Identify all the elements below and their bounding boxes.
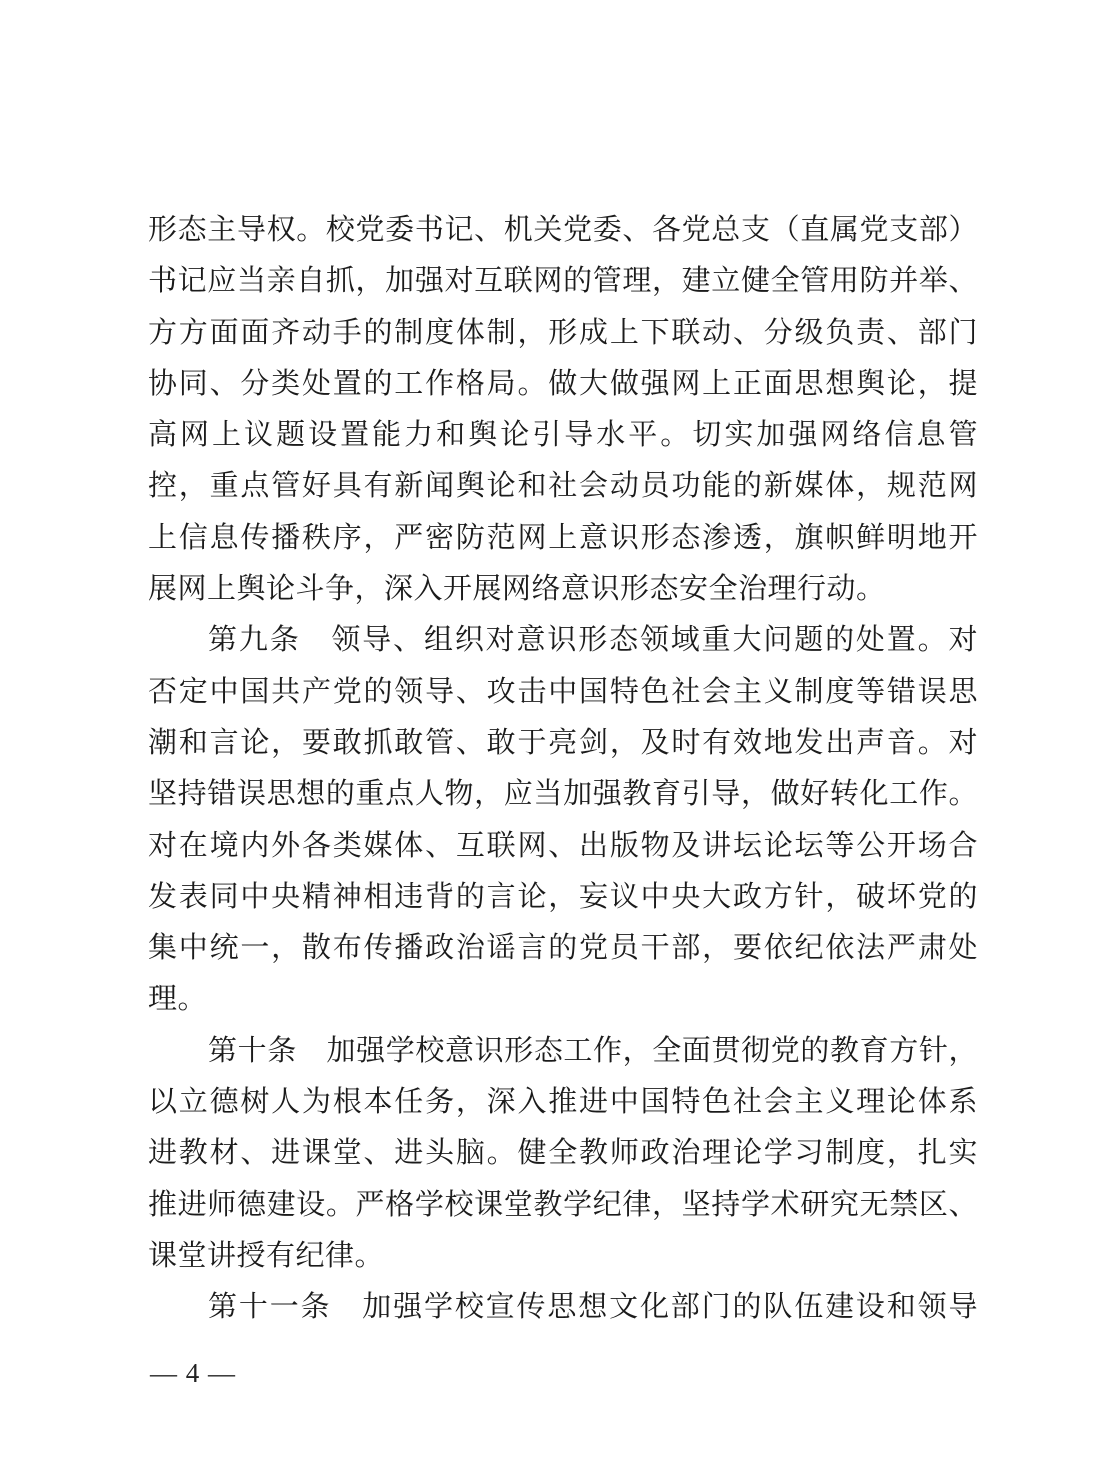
text-line: 进教材、进课堂、进头脑。健全教师政治理论学习制度，扎实 <box>148 1128 978 1179</box>
text-line: 推进师德建设。严格学校课堂教学纪律，坚持学术研究无禁区、 <box>148 1180 978 1231</box>
text-line: 集中统一，散布传播政治谣言的党员干部，要依纪依法严肃处 <box>148 923 978 974</box>
text-line: 第九条 领导、组织对意识形态领域重大问题的处置。对 <box>148 615 978 666</box>
text-line: 否定中国共产党的领导、攻击中国特色社会主义制度等错误思 <box>148 667 978 718</box>
document-body: 形态主导权。校党委书记、机关党委、各党总支（直属党支部）书记应当亲自抓，加强对互… <box>148 205 978 1334</box>
text-line: 对在境内外各类媒体、互联网、出版物及讲坛论坛等公开场合 <box>148 821 978 872</box>
text-line: 第十一条 加强学校宣传思想文化部门的队伍建设和领导 <box>148 1282 978 1333</box>
text-line: 潮和言论，要敢抓敢管、敢于亮剑，及时有效地发出声音。对 <box>148 718 978 769</box>
paragraph: 第九条 领导、组织对意识形态领域重大问题的处置。对否定中国共产党的领导、攻击中国… <box>148 615 978 1025</box>
text-line: 高网上议题设置能力和舆论引导水平。切实加强网络信息管 <box>148 410 978 461</box>
text-line: 控，重点管好具有新闻舆论和社会动员功能的新媒体，规范网 <box>148 461 978 512</box>
paragraph: 第十一条 加强学校宣传思想文化部门的队伍建设和领导 <box>148 1282 978 1333</box>
text-line: 第十条 加强学校意识形态工作，全面贯彻党的教育方针， <box>148 1026 978 1077</box>
text-line: 协同、分类处置的工作格局。做大做强网上正面思想舆论，提 <box>148 359 978 410</box>
text-line: 发表同中央精神相违背的言论，妄议中央大政方针，破坏党的 <box>148 872 978 923</box>
page-number: — 4 — <box>150 1358 236 1389</box>
text-line: 上信息传播秩序，严密防范网上意识形态渗透，旗帜鲜明地开 <box>148 513 978 564</box>
paragraph: 第十条 加强学校意识形态工作，全面贯彻党的教育方针，以立德树人为根本任务，深入推… <box>148 1026 978 1282</box>
text-line: 理。 <box>148 974 978 1025</box>
document-page: 形态主导权。校党委书记、机关党委、各党总支（直属党支部）书记应当亲自抓，加强对互… <box>0 0 1095 1482</box>
text-line: 坚持错误思想的重点人物，应当加强教育引导，做好转化工作。 <box>148 769 978 820</box>
text-line: 课堂讲授有纪律。 <box>148 1231 978 1282</box>
text-line: 方方面面齐动手的制度体制，形成上下联动、分级负责、部门 <box>148 308 978 359</box>
text-line: 以立德树人为根本任务，深入推进中国特色社会主义理论体系 <box>148 1077 978 1128</box>
text-line: 形态主导权。校党委书记、机关党委、各党总支（直属党支部） <box>148 205 978 256</box>
text-line: 书记应当亲自抓，加强对互联网的管理，建立健全管用防并举、 <box>148 256 978 307</box>
text-line: 展网上舆论斗争，深入开展网络意识形态安全治理行动。 <box>148 564 978 615</box>
paragraph: 形态主导权。校党委书记、机关党委、各党总支（直属党支部）书记应当亲自抓，加强对互… <box>148 205 978 615</box>
